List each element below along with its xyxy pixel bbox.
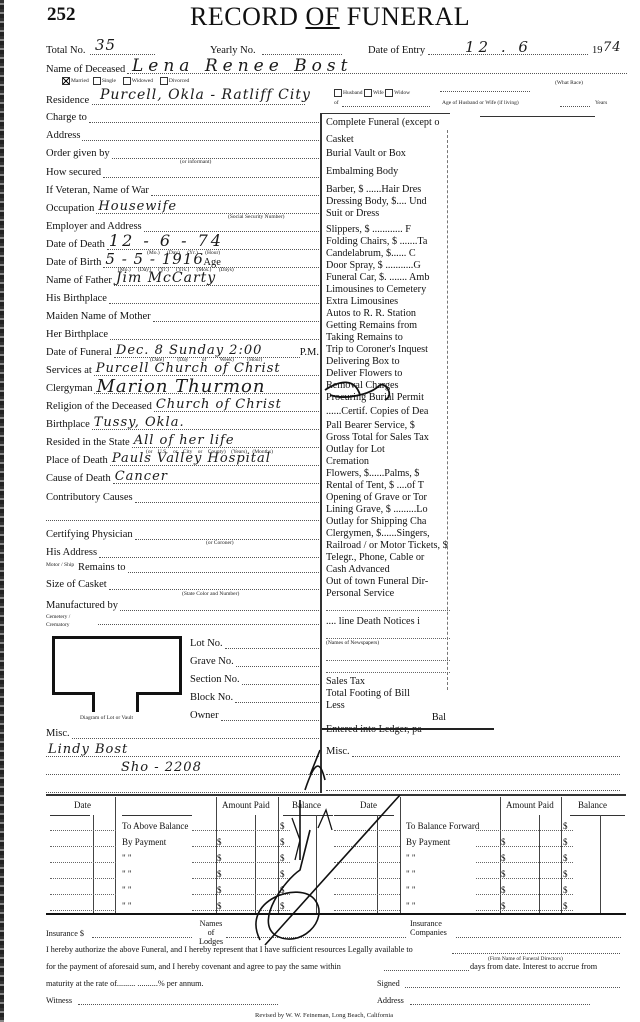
ledger-date-field[interactable] [334, 846, 400, 847]
lot-diagram [52, 636, 182, 695]
ledger-row[interactable]: " "$$ [332, 852, 623, 866]
ledger-amount-field[interactable] [192, 846, 290, 847]
ledger-date-field[interactable] [334, 862, 400, 863]
field-date-of-death[interactable]: Date of Death12 - 6 - 74 [46, 237, 321, 250]
field-his-birthplace[interactable]: His Birthplace [46, 291, 321, 304]
revised-by-text: Revised by W. W. Feineman, Long Beach, C… [255, 1012, 393, 1019]
ledger-amount-field[interactable] [476, 878, 573, 879]
field-contributory-causes[interactable]: Contributory Causes [46, 490, 321, 503]
ledger-row-label: To Above Balance [122, 821, 188, 831]
field-section-no[interactable]: Section No. [190, 672, 321, 685]
signed-field[interactable] [405, 987, 620, 988]
ledger-row[interactable]: " "$$ [48, 852, 340, 866]
witness-label: Witness [46, 996, 72, 1005]
total-no-label: Total No. [46, 45, 86, 56]
ledger-date-field[interactable] [50, 830, 116, 831]
ledger-row-label: " " [406, 885, 416, 895]
name-of-deceased-label: Name of Deceased [46, 64, 125, 75]
spouse-husband-checkbox[interactable]: Husband [334, 90, 363, 96]
charge-item[interactable]: Funeral Car, $. ....... Amb [326, 272, 450, 283]
ledger-row[interactable]: To Above Balance$ [48, 820, 340, 834]
ledger-amount-field[interactable] [192, 910, 290, 911]
field-address[interactable]: Address [46, 128, 321, 141]
birthplace-value: Tussy, Okla. [94, 415, 185, 430]
days-field[interactable] [384, 970, 469, 971]
occupation-value: Housewife [98, 199, 177, 214]
ledger-amount-field[interactable] [476, 846, 573, 847]
form-title: RECORD OF FUNERAL [190, 2, 470, 32]
field-certifying-physician[interactable]: Certifying Physician [46, 527, 321, 540]
spouse-options: Husband Wife Widow [334, 89, 410, 97]
ledger-row-label: By Payment [122, 837, 166, 847]
companies-field[interactable] [456, 937, 621, 938]
charge-item[interactable]: Cremation [326, 456, 450, 467]
total-no-field[interactable] [90, 54, 155, 55]
ledger-row-label: By Payment [406, 837, 450, 847]
marital-divorced-checkbox[interactable]: Divorced [160, 78, 189, 84]
lot-diagram-base-left [52, 692, 94, 695]
charges-left-border [320, 113, 322, 793]
ledger-amount-field[interactable] [192, 878, 290, 879]
charge-item[interactable]: Trip to Coroner's Inquest [326, 344, 450, 355]
field-misc-right-2[interactable] [326, 762, 620, 775]
charge-item[interactable]: Lining Grave, $ .........Lo [326, 504, 450, 515]
ledger-amount-field[interactable] [192, 894, 290, 895]
religion-value: Church of Christ [156, 397, 282, 412]
field-misc-left[interactable]: Misc. [46, 726, 321, 739]
marital-married-checkbox[interactable]: Married [62, 78, 89, 84]
rule [50, 815, 90, 816]
witness-field[interactable] [78, 1004, 278, 1005]
marital-widowed-checkbox[interactable]: Widowed [123, 78, 153, 84]
charge-item[interactable] [326, 602, 450, 611]
rule [334, 815, 394, 816]
date-of-birth-value: 5 - 5 - 1916 [105, 250, 203, 268]
spouse-of-label: of [334, 100, 339, 106]
charge-item[interactable]: Outlay for Lot [326, 444, 450, 455]
ledger-row[interactable]: " "$$ [332, 868, 623, 882]
ledger-row[interactable]: To Balance Forward$ [332, 820, 623, 834]
charge-item[interactable]: Taking Remains to [326, 332, 450, 343]
charge-item[interactable]: Autos to R. R. Station [326, 308, 450, 319]
ledger-row-label: " " [406, 853, 416, 863]
ledger-date-field[interactable] [50, 878, 116, 879]
ledger-row[interactable]: " "$$ [48, 884, 340, 898]
field-how-secured[interactable]: How secured [46, 165, 321, 178]
lot-diagram-label: Diagram of Lot or Vault [80, 715, 133, 721]
field-maiden-name-mother[interactable]: Maiden Name of Mother [46, 309, 321, 322]
charge-item[interactable]: Delivering Box to [326, 356, 450, 367]
marital-single-checkbox[interactable]: Single [93, 78, 116, 84]
field-resided-in-state[interactable]: Resided in the StateAll of her life [46, 435, 321, 448]
charge-item[interactable]: Telegr., Phone, Cable or [326, 552, 450, 563]
ledger-right-balance-header: Balance [578, 800, 607, 810]
charge-item[interactable]: Folding Chairs, $ .......Ta [326, 236, 450, 247]
charge-item[interactable]: Getting Remains from [326, 320, 450, 331]
charge-item[interactable]: Cash Advanced [326, 564, 450, 575]
age-spouse-label: Age of Husband or Wife (if living) [442, 100, 519, 106]
charge-item[interactable]: Burial Vault or Box [326, 148, 450, 159]
lot-diagram-leg-left [92, 692, 95, 712]
authorize-text: I hereby authorize the above Funeral, an… [46, 945, 413, 954]
lot-diagram-leg-right [136, 692, 139, 712]
date-of-death-value: 12 - 6 - 74 [109, 231, 224, 250]
ledger-top-rule [46, 794, 626, 796]
date-of-entry-value: 12 . 6 [465, 38, 532, 56]
charge-item[interactable]: Suit or Dress [326, 208, 450, 219]
field-order-given-by[interactable]: Order given by [46, 146, 321, 159]
ledger-date-field[interactable] [50, 846, 116, 847]
charge-item[interactable]: Pall Bearer Service, $ [326, 420, 450, 431]
rule [283, 815, 333, 816]
signed-label: Signed [377, 979, 400, 988]
field-misc-right[interactable]: Misc. [326, 744, 620, 757]
ledger-left-balance-header: Balance [292, 800, 321, 810]
year-value: 74 [603, 40, 622, 55]
field-religion[interactable]: Religion of the DeceasedChurch of Christ [46, 399, 321, 412]
field-grave-no[interactable]: Grave No. [190, 654, 321, 667]
field-clergyman[interactable]: ClergymanMarion Thurmon [46, 381, 321, 394]
charge-item[interactable]: Complete Funeral (except o [326, 117, 450, 128]
scan-edge [0, 0, 4, 1022]
yearly-no-label: Yearly No. [210, 45, 256, 56]
ledger-row-label: " " [406, 869, 416, 879]
maturity-text: maturity at the rate of......... .......… [46, 979, 204, 988]
charge-item[interactable]: Clergymen, $......Singers, [326, 528, 450, 539]
ledger-row[interactable]: By Payment$$ [332, 836, 623, 850]
cause-of-death-value: Cancer [115, 469, 168, 484]
charge-item[interactable]: Railroad / or Motor Tickets, $ [326, 540, 450, 551]
resided-value: All of her life [134, 433, 235, 448]
ledger-right-date-header: Date [360, 800, 377, 810]
field-place-of-death[interactable]: Place of DeathPauls Valley Hospital [46, 453, 321, 466]
spouse-widow-checkbox[interactable]: Widow [385, 90, 410, 96]
charge-item[interactable]: Out of town Funeral Dir- [326, 576, 450, 587]
lot-diagram-base-right [136, 692, 179, 695]
ledger-row-label: " " [122, 885, 132, 895]
rule [122, 815, 192, 816]
field-remains-to[interactable]: Remains to [78, 560, 321, 573]
yearly-no-field[interactable] [262, 54, 342, 55]
ledger-row-label: " " [122, 901, 132, 911]
insurance-field[interactable] [92, 937, 192, 938]
father-name-value: Jim McCarty [116, 270, 216, 286]
ledger-date-field[interactable] [334, 894, 400, 895]
insurance-label: Insurance $ [46, 929, 84, 938]
charge-item[interactable]: Bal [326, 712, 450, 723]
spouse-of-field[interactable] [342, 106, 430, 107]
ledger-date-field[interactable] [334, 878, 400, 879]
ledger-left-amount-header: Amount Paid [222, 800, 270, 810]
charge-item[interactable]: Casket [326, 134, 450, 145]
field-misc-left-2[interactable]: Lindy Bost [46, 744, 321, 757]
date-of-entry-label: Date of Entry [368, 45, 425, 56]
ledger-row-label: " " [122, 853, 132, 863]
charge-item[interactable]: Dressing Body, $.... Und [326, 196, 450, 207]
total-no-value: 35 [95, 36, 116, 54]
field-owner[interactable]: Owner [190, 708, 321, 721]
field-size-of-casket[interactable]: Size of Casket [46, 577, 321, 590]
charge-item[interactable]: Opening of Grave or Tor [326, 492, 450, 503]
charge-item[interactable]: Deliver Flowers to [326, 368, 450, 379]
years-label: Years [595, 100, 607, 106]
name-of-deceased-value: Lena Renee Bost [132, 56, 352, 76]
spouse-wife-checkbox[interactable]: Wife [364, 90, 384, 96]
address-field[interactable] [410, 1004, 590, 1005]
ledger-row[interactable]: By Payment$$ [48, 836, 340, 850]
misc-left-line1: Lindy Bost [48, 742, 128, 757]
days-text: days from date. Interest to accrue from [470, 962, 597, 971]
ledger-date-field[interactable] [50, 894, 116, 895]
charge-item[interactable]: .... line Death Notices i [326, 616, 450, 627]
charge-item[interactable]: Door Spray, $ ...........G [326, 260, 450, 271]
charge-item[interactable]: Removal Charges [326, 380, 450, 391]
rule [570, 815, 625, 816]
ledger-right-amount-header: Amount Paid [506, 800, 554, 810]
charge-item[interactable]: Flowers, $......Palms, $ [326, 468, 450, 479]
charge-item[interactable]: Extra Limousines [326, 296, 450, 307]
lodges-field[interactable] [226, 937, 406, 938]
charge-item[interactable]: Total Footing of Bill [326, 688, 450, 699]
charges-bottom-rule [322, 728, 494, 730]
page-number: 252 [47, 4, 76, 26]
field-lot-no[interactable]: Lot No. [190, 636, 321, 649]
ledger-amount-field[interactable] [476, 862, 573, 863]
field-misc-left-3[interactable]: Sho - 2208 [46, 762, 321, 775]
cemetery-crematory-label: Cemetery / Crematory [46, 613, 86, 629]
field-her-birthplace[interactable]: Her Birthplace [46, 327, 321, 340]
motor-ship-label: Motor / Ship [46, 562, 74, 569]
clergyman-value: Marion Thurmon [96, 376, 265, 397]
address-label: Address [377, 996, 404, 1005]
ledger-row[interactable]: " "$$ [48, 868, 340, 882]
field-occupation[interactable]: OccupationHousewife [46, 201, 321, 214]
field-his-address[interactable]: His Address [46, 545, 321, 558]
age-spouse-field[interactable] [560, 106, 590, 107]
ledger-date-field[interactable] [334, 910, 400, 911]
ledger-row-label: To Balance Forward [406, 821, 479, 831]
ledger-date-field[interactable] [50, 910, 116, 911]
ledger-date-field[interactable] [50, 862, 116, 863]
marital-status: Married Single Widowed Divorced [62, 77, 189, 85]
ledger-row[interactable]: " "$$ [332, 884, 623, 898]
ledger-amount-field[interactable] [192, 862, 290, 863]
ledger-row-label: " " [122, 869, 132, 879]
ledger-row-label: " " [406, 901, 416, 911]
charge-item[interactable]: ......Certif. Copies of Dea [326, 406, 450, 417]
field-misc-right-3[interactable] [326, 778, 620, 791]
ledger-amount-field[interactable] [476, 910, 573, 911]
misc-left-line2: Sho - 2208 [121, 760, 202, 775]
funeral-date-value: Dec. 8 Sunday 2:00 [116, 343, 262, 358]
residence-label: Residence [46, 95, 89, 106]
charge-item[interactable]: Personal Service [326, 588, 450, 599]
lodges-label: Names of Lodges [196, 919, 226, 946]
charge-item[interactable] [326, 652, 450, 661]
field-manufactured-by[interactable]: Manufactured by [46, 598, 321, 611]
charge-item[interactable]: Outlay for Shipping Cha [326, 516, 450, 527]
charge-item[interactable]: Candelabrum, $...... C [326, 248, 450, 259]
charge-item[interactable]: Rental of Tent, $ ....of T [326, 480, 450, 491]
field-block-no[interactable]: Block No. [190, 690, 321, 703]
charge-item[interactable] [326, 630, 450, 639]
field-birthplace[interactable]: BirthplaceTussy, Okla. [46, 417, 321, 430]
place-of-death-value: Pauls Valley Hospital [112, 451, 271, 466]
year-prefix: 19 [592, 45, 603, 56]
firm-name-field[interactable] [452, 953, 620, 954]
field-services-at[interactable]: Services atPurcell Church of Christ [46, 363, 321, 376]
services-at-value: Purcell Church of Christ [96, 361, 281, 376]
charge-item[interactable]: Embalming Body [326, 166, 450, 177]
ledger-row[interactable]: " "$$ [332, 900, 623, 914]
spouse-name-field[interactable] [440, 91, 530, 92]
charge-item[interactable]: Limousines to Cemetery [326, 284, 450, 295]
casket-note: (State Color and Number) [182, 591, 239, 597]
field-cause-of-death[interactable]: Cause of DeathCancer [46, 471, 321, 484]
ledger-amount-field[interactable] [476, 830, 573, 831]
ledger-amount-field[interactable] [192, 830, 290, 831]
charge-item[interactable]: Less [326, 700, 450, 711]
charge-item[interactable]: Procuring Burial Permit [326, 392, 450, 403]
field-contributory-causes-2[interactable] [46, 508, 321, 521]
charge-item[interactable]: Gross Total for Sales Tax [326, 432, 450, 443]
field-veteran-war[interactable]: If Veteran, Name of War [46, 183, 321, 196]
what-race-label: (What Race) [555, 80, 583, 86]
charges-top-border [320, 113, 450, 114]
field-charge-to[interactable]: Charge to [46, 110, 321, 123]
residence-value: Purcell, Okla - Ratliff City [100, 87, 311, 103]
charge-item[interactable]: Slippers, $ ............ F [326, 224, 450, 235]
charge-item[interactable]: Sales Tax [326, 676, 450, 687]
field-name-of-father[interactable]: Name of FatherJim McCarty [46, 273, 321, 286]
residence-field[interactable] [92, 104, 305, 105]
charge-item[interactable]: (Names of Newspapers) [326, 640, 450, 646]
field-misc-left-4[interactable] [46, 780, 321, 793]
payment-text: for the payment of aforesaid sum, and I … [46, 962, 341, 971]
ledger-left-date-header: Date [74, 800, 91, 810]
charges-top-border-right [480, 116, 595, 117]
field-cemetery[interactable] [98, 612, 321, 625]
ledger-amount-field[interactable] [476, 894, 573, 895]
charge-item[interactable]: Barber, $ ......Hair Dres [326, 184, 450, 195]
companies-label: Insurance Companies [410, 919, 454, 937]
ledger-row[interactable]: " "$$ [48, 900, 340, 914]
ledger-date-field[interactable] [334, 830, 400, 831]
charge-item[interactable] [326, 664, 450, 673]
